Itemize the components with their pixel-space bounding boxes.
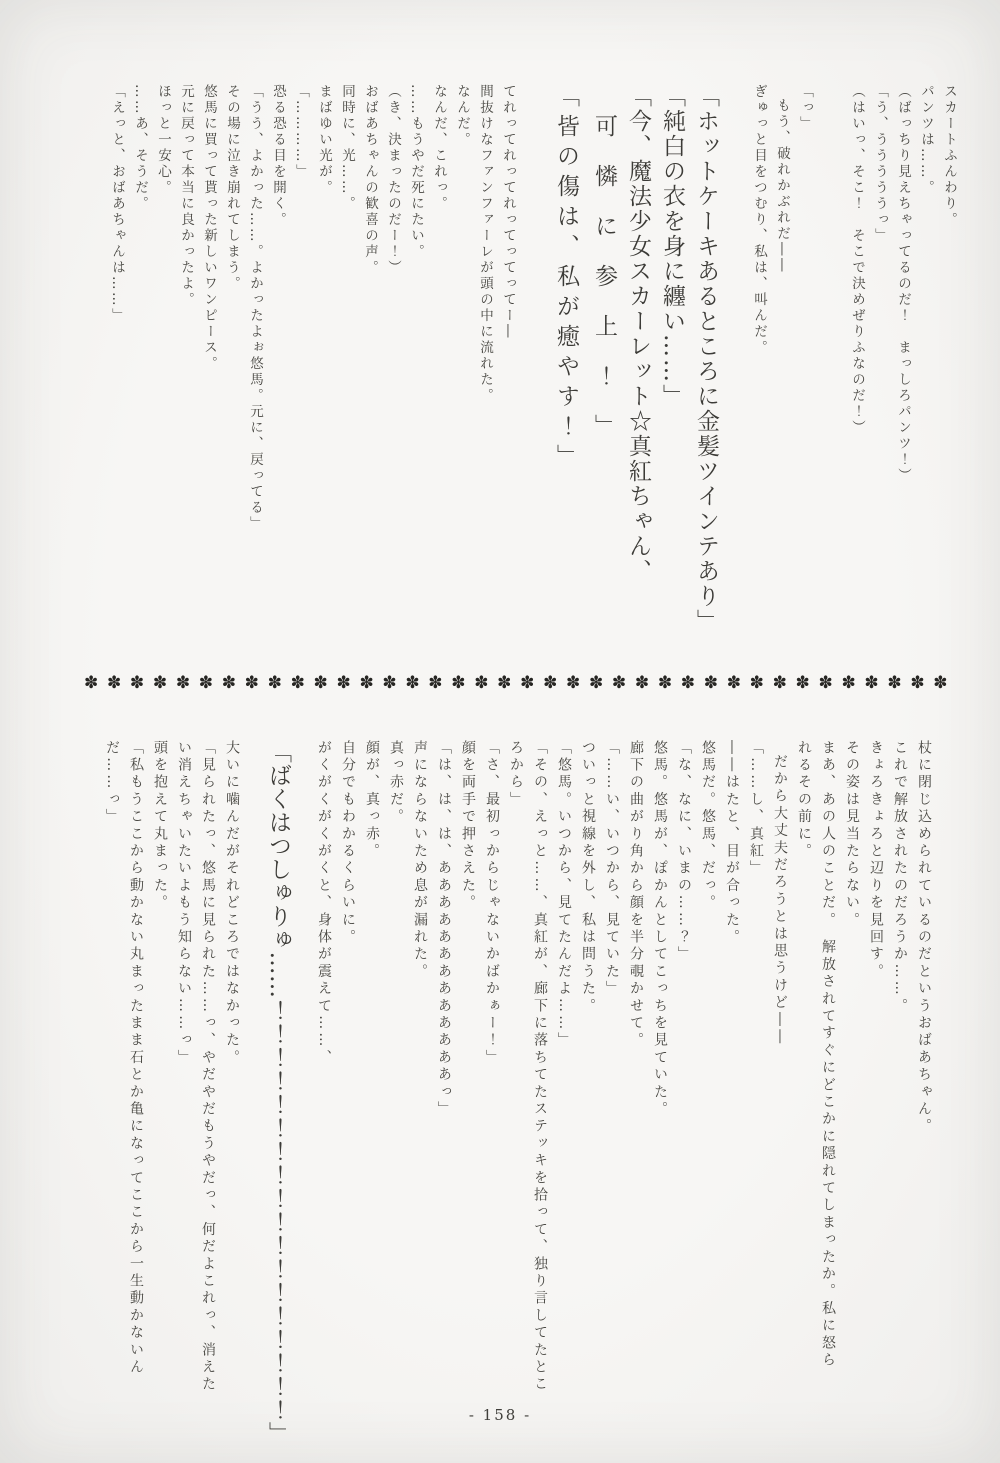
text-column: 「……し、真紅」 — [744, 740, 768, 1396]
flower-icon: ✽ — [428, 673, 442, 693]
text-column: だから大丈夫だろうとは思うけど―― — [768, 740, 792, 1396]
text-column: （はいっ、そこ！ そこで決めぜりふなのだ！） — [845, 84, 868, 649]
flower-icon: ✽ — [176, 673, 190, 693]
text-column: 恐る恐る目を開く。 — [266, 84, 289, 649]
text-column: 「純白の衣を身に纏い……」 — [655, 84, 689, 649]
flower-icon: ✽ — [704, 673, 718, 693]
text-column: （ばっちり見えちゃってるのだ！ まっしろパンツ！） — [891, 84, 914, 649]
text-column: 「その、えっと……、真紅が、廊下に落ちてたステッキを拾って、独り言してたとこ — [528, 740, 552, 1396]
text-column: スカートふんわり。 — [937, 84, 960, 649]
text-column: なんだ、これっ。 — [427, 84, 450, 649]
text-column: 「は、は、は、あああああああああああああっ」 — [432, 740, 456, 1396]
text-column: きょろきょろと辺りを見回す。 — [864, 740, 888, 1396]
flower-icon: ✽ — [887, 673, 901, 693]
text-column: これで解放されたのだろうか……。 — [888, 740, 912, 1396]
flower-icon: ✽ — [405, 673, 419, 693]
flower-icon: ✽ — [566, 673, 580, 693]
text-column: なんだ。 — [450, 84, 473, 649]
text-column: 悠馬だ。悠馬、だっ。 — [696, 740, 720, 1396]
flower-icon: ✽ — [727, 673, 741, 693]
flower-icon: ✽ — [222, 673, 236, 693]
flower-icon: ✽ — [84, 673, 98, 693]
flower-icon: ✽ — [474, 673, 488, 693]
text-column: 「私もうここから動かない丸まったまま石とか亀になってここから一生動かないん — [124, 740, 148, 1396]
flower-icon: ✽ — [199, 673, 213, 693]
text-column: その場に泣き崩れてしまう。 — [220, 84, 243, 649]
flower-icon: ✽ — [864, 673, 878, 693]
text-column: 頭を抱えて丸まった。 — [148, 740, 172, 1396]
text-column: れるその前に。 — [792, 740, 816, 1396]
flower-icon: ✽ — [520, 673, 534, 693]
text-column: 悠馬に買って貰った新しいワンピース。 — [197, 84, 220, 649]
flower-ornament-divider: ✽✽✽✽✽✽✽✽✽✽✽✽✽✽✽✽✽✽✽✽✽✽✽✽✽✽✽✽✽✽✽✽✽✽✽✽✽✽ — [84, 671, 948, 695]
text-column: 「うう、よかった……。よかったよぉ悠馬。元に、戻ってる」 — [243, 84, 266, 649]
text-column: 「今、魔法少女スカーレット☆真紅ちゃん、 — [621, 84, 655, 649]
text-column: 自分でもわかるくらいに。 — [336, 740, 360, 1396]
flower-icon: ✽ — [841, 673, 855, 693]
flower-icon: ✽ — [612, 673, 626, 693]
flower-icon: ✽ — [796, 673, 810, 693]
text-column: もう、破れかぶれだ―― — [770, 84, 793, 649]
text-column: （き、決まったのだー！） — [381, 84, 404, 649]
flower-icon: ✽ — [451, 673, 465, 693]
text-column: 「…………」 — [289, 84, 312, 649]
flower-icon: ✽ — [819, 673, 833, 693]
text-column: 同時に、光……。 — [335, 84, 358, 649]
flower-icon: ✽ — [268, 673, 282, 693]
text-column: 「……い、いつから、見ていた」 — [600, 740, 624, 1396]
flower-icon: ✽ — [107, 673, 121, 693]
text-column: 間抜けなファンファーレが頭の中に流れた。 — [473, 84, 496, 649]
flower-icon: ✽ — [245, 673, 259, 693]
text-column: ……あ、そうだ。 — [128, 84, 151, 649]
text-column: 声にならないため息が漏れた。 — [408, 740, 432, 1396]
flower-icon: ✽ — [543, 673, 557, 693]
text-column: ……もうやだ死にたい。 — [404, 84, 427, 649]
scanned-novel-page: { "page": { "page_number": "- 158 -", "b… — [0, 0, 1000, 1463]
flower-icon: ✽ — [130, 673, 144, 693]
bottom-text-block: 杖に閉じ込められているのだというおばあちゃん。これで解放されたのだろうか……。き… — [100, 740, 936, 1396]
flower-icon: ✽ — [658, 673, 672, 693]
text-column: ついっと視線を外し、私は問うた。 — [576, 740, 600, 1396]
top-text-block: スカートふんわり。パンツは……。（ばっちり見えちゃってるのだ！ まっしろパンツ！… — [105, 84, 960, 649]
flower-icon: ✽ — [153, 673, 167, 693]
flower-icon: ✽ — [359, 673, 373, 693]
text-column: 「悠馬。いつから、見てたんだよ……」 — [552, 740, 576, 1396]
text-column: てれってれってれってってってー― — [496, 84, 519, 649]
text-column: 大いに噛んだがそれどころではなかった。 — [220, 740, 244, 1396]
text-column: 杖に閉じ込められているのだというおばあちゃん。 — [912, 740, 936, 1396]
text-column: 顔を両手で押さえた。 — [456, 740, 480, 1396]
text-column: 「見られたっ、悠馬に見られた……っ、やだやだもうやだっ、何だよこれっ、消えた — [196, 740, 220, 1396]
text-column: 元に戻って本当に良かったよ。 — [174, 84, 197, 649]
text-column: がくがくがくがくと、身体が震えて……、 — [312, 740, 336, 1396]
flower-icon: ✽ — [336, 673, 350, 693]
text-column: い消えちゃいたいよもう知らない……っ」 — [172, 740, 196, 1396]
text-column: ろから」 — [504, 740, 528, 1396]
flower-icon: ✽ — [314, 673, 328, 693]
text-column: 「皆の傷は、私が癒やす！」 — [549, 84, 583, 649]
text-column: 「う、うううううっ」 — [868, 84, 891, 649]
text-column: 悠馬。悠馬が、ぽかんとしてこっちを見ていた。 — [648, 740, 672, 1396]
flower-icon: ✽ — [750, 673, 764, 693]
text-column: まあ、あの人のことだ。 解放されてすぐにどこかに隠れてしまったか。私に怒ら — [816, 740, 840, 1396]
text-column: 可憐に参上！」 — [587, 84, 621, 649]
flower-icon: ✽ — [910, 673, 924, 693]
text-column: おばあちゃんの歓喜の声。 — [358, 84, 381, 649]
flower-icon: ✽ — [291, 673, 305, 693]
text-column: ――はたと、目が合った。 — [720, 740, 744, 1396]
text-column: パンツは……。 — [914, 84, 937, 649]
text-column: 「さ、最初っからじゃないかばかぁー！」 — [480, 740, 504, 1396]
page-number: - 158 - — [0, 1406, 1000, 1424]
flower-icon: ✽ — [589, 673, 603, 693]
text-column: 「えっと、おばあちゃんは……」 — [105, 84, 128, 649]
text-column: 「っ」 — [793, 84, 816, 649]
text-column: 真っ赤だ。 — [384, 740, 408, 1396]
flower-icon: ✽ — [635, 673, 649, 693]
text-column: その姿は見当たらない。 — [840, 740, 864, 1396]
flower-icon: ✽ — [497, 673, 511, 693]
text-column: 顔が、真っ赤。 — [360, 740, 384, 1396]
flower-icon: ✽ — [681, 673, 695, 693]
text-column: 「ばくはつしゅりゅ……！！！！！！！！！！！！！！！！！！」 — [258, 740, 298, 1396]
text-column: ほっと一安心。 — [151, 84, 174, 649]
flower-icon: ✽ — [773, 673, 787, 693]
text-column: ぎゅっと目をつむり、私は、叫んだ。 — [747, 84, 770, 649]
flower-icon: ✽ — [933, 673, 947, 693]
text-column: 「な、なに、いまの……？」 — [672, 740, 696, 1396]
text-column: まばゆい光が。 — [312, 84, 335, 649]
flower-icon: ✽ — [382, 673, 396, 693]
text-column: 「ホットケーキあるところに金髪ツインテあり」 — [689, 84, 723, 649]
text-column: だ……っ」 — [100, 740, 124, 1396]
text-column: 廊下の曲がり角から顔を半分覗かせて。 — [624, 740, 648, 1396]
